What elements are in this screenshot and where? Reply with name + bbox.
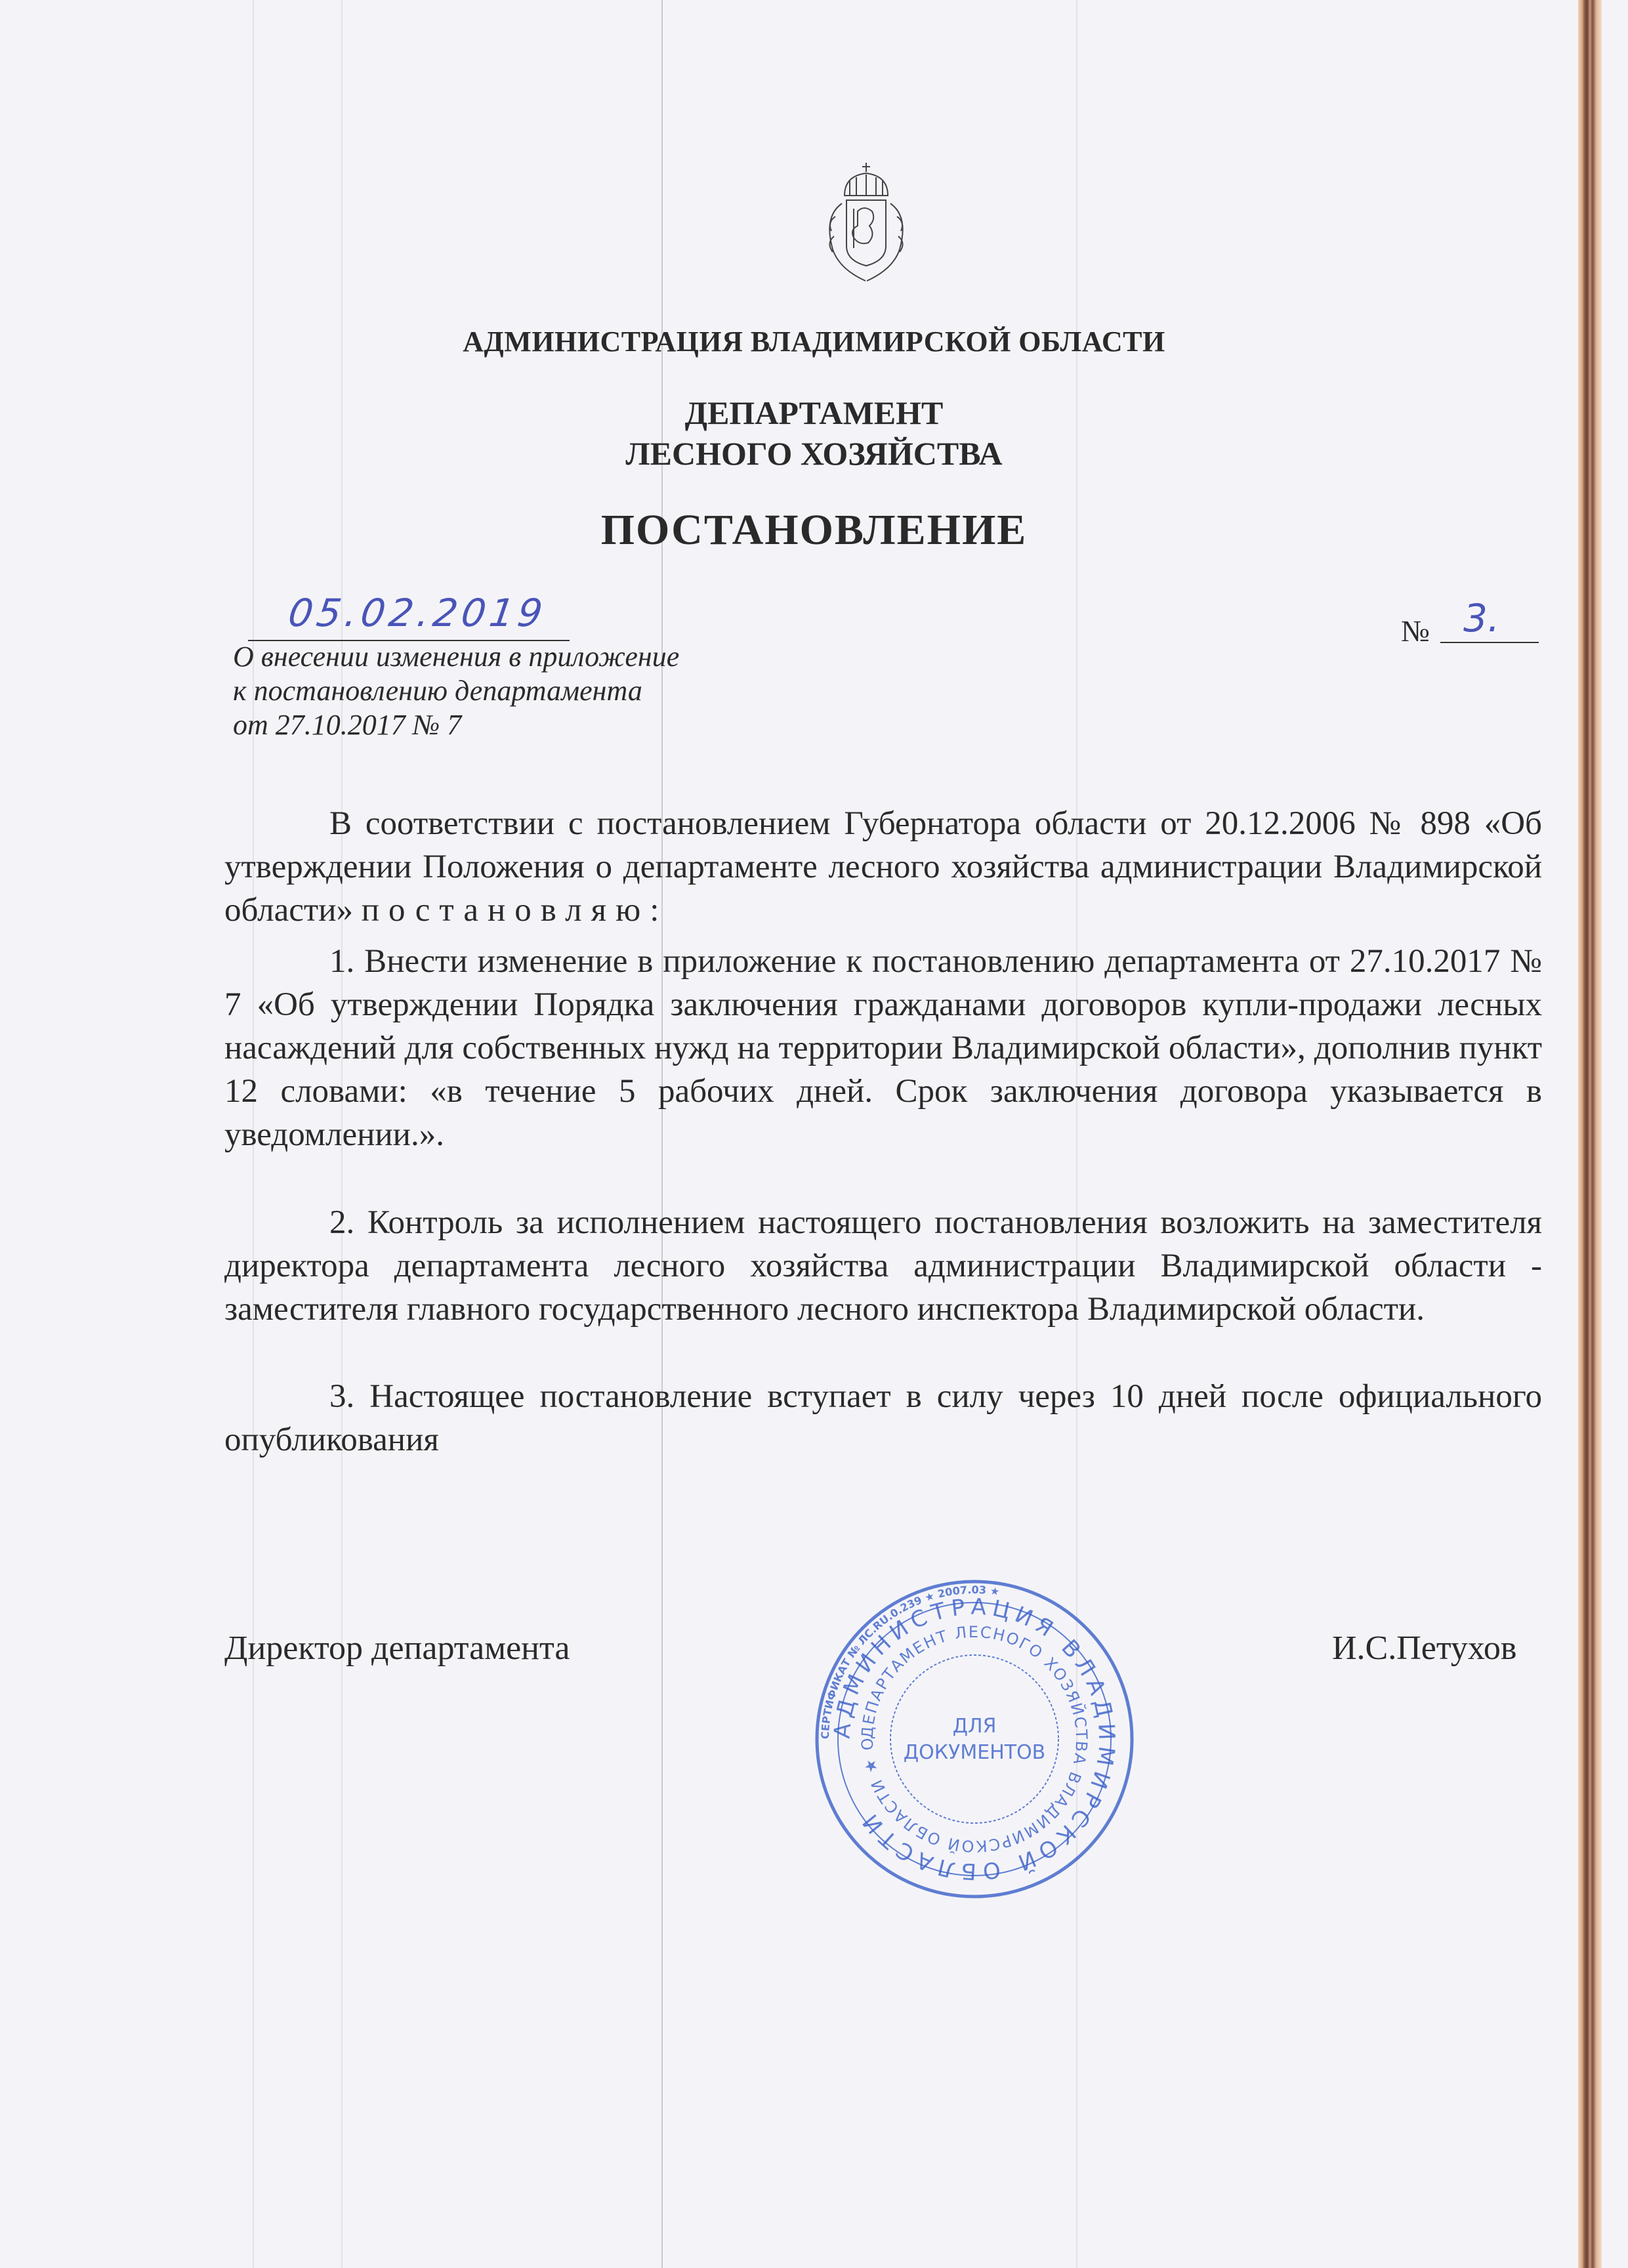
item-3-paragraph: 3. Настоящее постановление вступает в си… xyxy=(224,1375,1542,1461)
item-2-text: 2. Контроль за исполнением настоящего по… xyxy=(224,1201,1542,1331)
stamp-center-line-1: ДЛЯ xyxy=(953,1715,997,1738)
number-label: № xyxy=(1401,614,1430,648)
number-underline xyxy=(1440,642,1539,643)
coat-of-arms-icon xyxy=(810,157,922,289)
signatory-name: И.С.Петухов xyxy=(1332,1629,1516,1668)
subject-line-1: О внесении изменения в приложение xyxy=(233,640,679,674)
signatory-position: Директор департамента xyxy=(224,1629,570,1668)
stamp-center-line-2: ДОКУМЕНТОВ xyxy=(904,1741,1046,1764)
document-type-title: ПОСТАНОВЛЕНИЕ xyxy=(0,505,1628,555)
preamble-paragraph: В соответствии с постановлением Губернат… xyxy=(224,802,1542,932)
decree-word: постановляю: xyxy=(362,892,669,929)
item-1-paragraph: 1. Внести изменение в приложение к поста… xyxy=(224,940,1542,1156)
department-name: ДЕПАРТАМЕНТ ЛЕСНОГО ХОЗЯЙСТВА xyxy=(0,392,1628,474)
handwritten-number: 3. xyxy=(1463,596,1499,640)
item-3-text: 3. Настоящее постановление вступает в си… xyxy=(224,1375,1542,1461)
subject-line-2: к постановлению департамента xyxy=(233,674,679,708)
department-line-1: ДЕПАРТАМЕНТ xyxy=(0,392,1628,433)
subject-line-3: от 27.10.2017 № 7 xyxy=(233,708,679,742)
official-stamp-icon: СЕРТИФИКАТ № ЛС.RU.0.239 ★ 2007.03 ★ АДМ… xyxy=(810,1575,1138,1903)
administration-name: АДМИНИСТРАЦИЯ ВЛАДИМИРСКОЙ ОБЛАСТИ xyxy=(0,325,1628,358)
handwritten-date: 05.02.2019 xyxy=(285,591,549,635)
document-subject: О внесении изменения в приложение к пост… xyxy=(233,640,679,742)
item-2-paragraph: 2. Контроль за исполнением настоящего по… xyxy=(224,1201,1542,1331)
department-line-2: ЛЕСНОГО ХОЗЯЙСТВА xyxy=(0,433,1628,474)
item-1-text: 1. Внести изменение в приложение к поста… xyxy=(224,940,1542,1156)
